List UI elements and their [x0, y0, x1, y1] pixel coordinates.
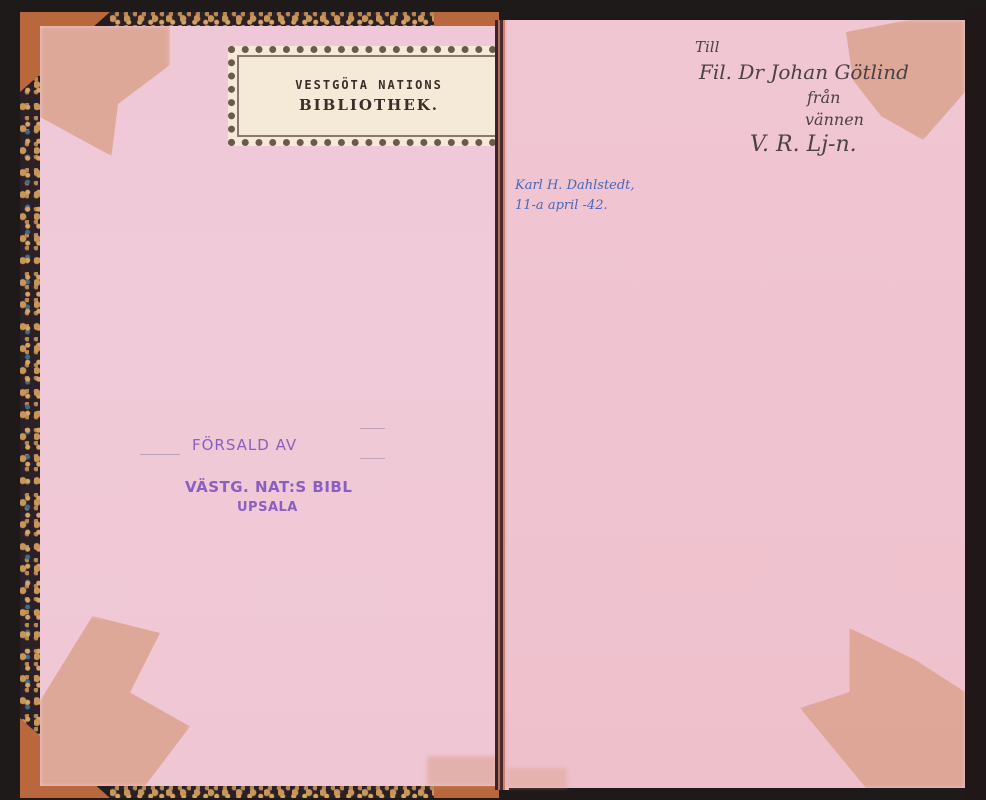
dedication-line-1: Till	[695, 38, 719, 56]
stamp-line-1: FÖRSALD AV	[192, 436, 297, 454]
dedication-line-3: från	[807, 88, 840, 107]
marbled-top-edge	[110, 12, 455, 26]
stamp-line-3: UPSALA	[237, 500, 298, 515]
pastedown-page: VESTGÖTA NATIONS BIBLIOTHEK. FÖRSALD AV …	[40, 26, 497, 786]
dedication-signature: V. R. Lj-n.	[750, 132, 857, 157]
stamp-rule	[360, 428, 385, 429]
tape-stain-bottom-right	[427, 756, 497, 786]
leather-corner-bottom-right	[434, 786, 499, 798]
stamp-rule	[140, 454, 180, 455]
dedication-line-2: Fil. Dr Johan Götlind	[699, 60, 909, 84]
book-scan: VESTGÖTA NATIONS BIBLIOTHEK. FÖRSALD AV …	[0, 0, 986, 800]
tape-stain-bottom-left	[507, 768, 567, 788]
tape-stain-bottom-right	[800, 628, 965, 788]
bookplate-line-1: VESTGÖTA NATIONS	[295, 78, 443, 92]
owner-date: 11-a april -42.	[515, 196, 635, 216]
stamp-line-2: VÄSTG. NAT:S BIBL	[185, 478, 352, 496]
right-board-edge	[965, 10, 986, 800]
tape-stain-bottom-left	[40, 616, 190, 786]
stamp-rule	[360, 458, 385, 459]
dedication-line-4: vännen	[805, 110, 864, 129]
bookplate: VESTGÖTA NATIONS BIBLIOTHEK.	[228, 46, 510, 146]
tape-stain-top-left	[40, 26, 170, 156]
owner-signature: Karl H. Dahlstedt, 11-a april -42.	[515, 176, 635, 216]
flyleaf-page: Till Fil. Dr Johan Götlind från vännen V…	[507, 20, 965, 788]
marbled-spine-edge	[20, 12, 42, 798]
leather-corner-top-right	[434, 12, 499, 26]
bookplate-line-2: BIBLIOTHEK.	[299, 96, 439, 114]
owner-name: Karl H. Dahlstedt,	[515, 176, 635, 196]
left-board-cover: VESTGÖTA NATIONS BIBLIOTHEK. FÖRSALD AV …	[20, 12, 499, 798]
marbled-bottom-edge	[110, 786, 455, 798]
